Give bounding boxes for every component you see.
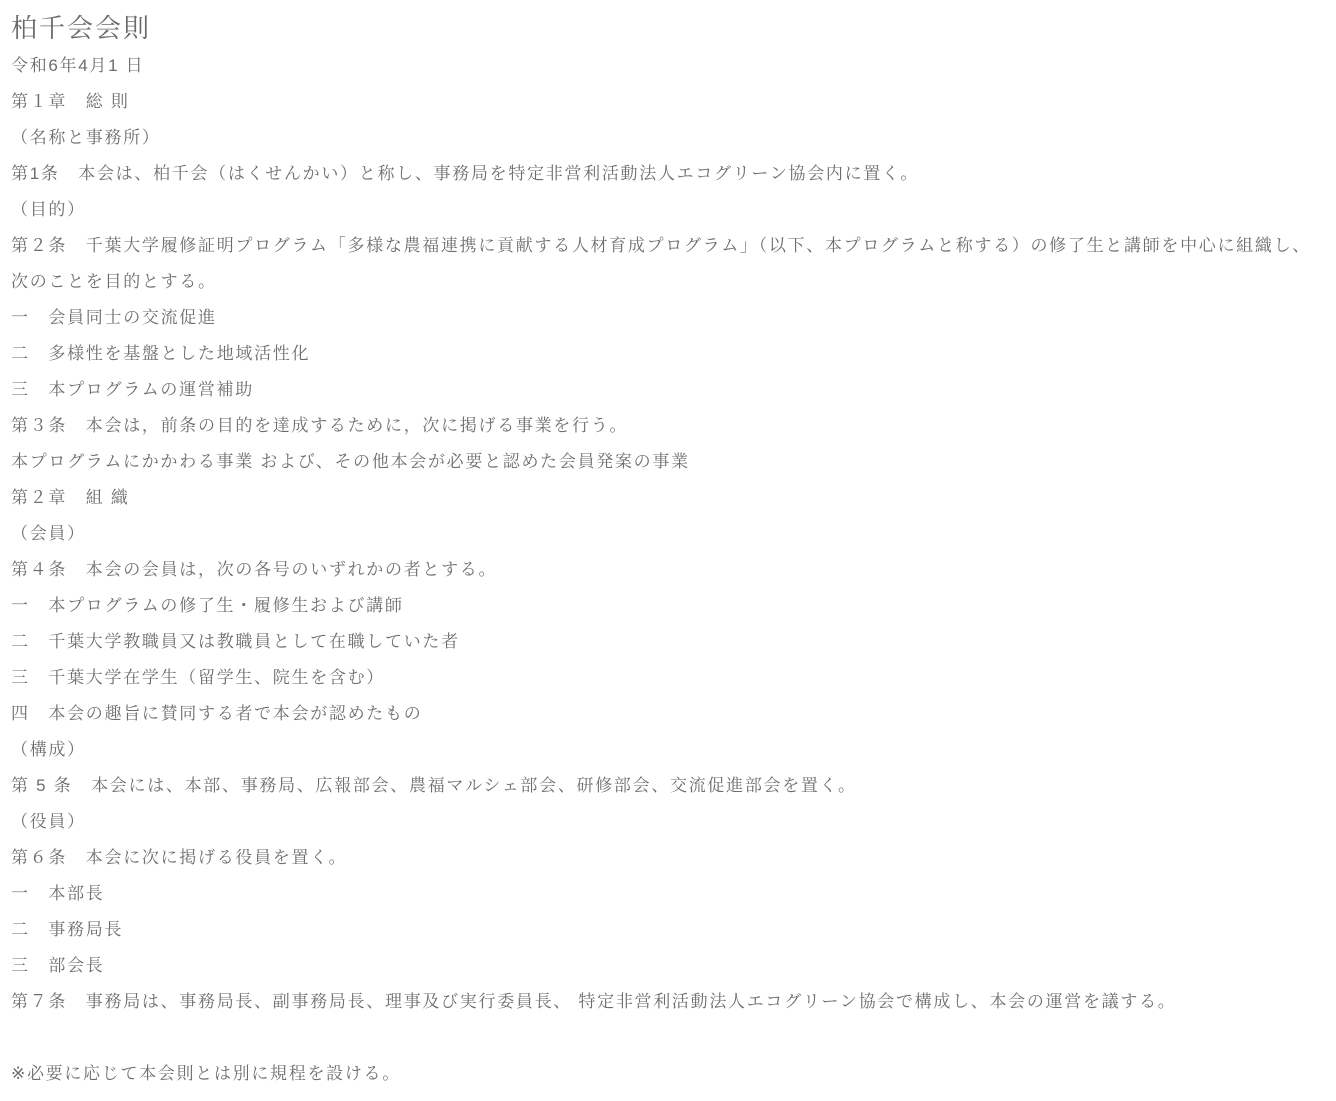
section-label-officers: （役員） <box>11 804 1328 840</box>
document-title: 柏千会会則 <box>11 8 1328 48</box>
chapter-2-heading: 第２章 組 織 <box>11 480 1328 516</box>
article-2: 第２条 千葉大学履修証明プログラム「多様な農福連携に貢献する人材育成プログラム」… <box>11 228 1328 264</box>
officer-item-1: 一 本部長 <box>11 876 1328 912</box>
article-7: 第７条 事務局は、事務局長、副事務局長、理事及び実行委員長、 特定非営利活動法人… <box>11 984 1328 1020</box>
chapter-1-heading: 第１章 総 則 <box>11 84 1328 120</box>
article-3-continued: 本プログラムにかかわる事業 および、その他本会が必要と認めた会員発案の事業 <box>11 444 1328 480</box>
member-item-1: 一 本プログラムの修了生・履修生および講師 <box>11 588 1328 624</box>
date-line: 令和6年4月1 日 <box>11 48 1328 84</box>
article-5: 第 5 条 本会には、本部、事務局、広報部会、農福マルシェ部会、研修部会、交流促… <box>11 768 1328 804</box>
section-label-name-office: （名称と事務所） <box>11 120 1328 156</box>
officer-item-3: 三 部会長 <box>11 948 1328 984</box>
member-item-3: 三 千葉大学在学生（留学生、院生を含む） <box>11 660 1328 696</box>
purpose-item-3: 三 本プログラムの運営補助 <box>11 372 1328 408</box>
purpose-item-2: 二 多様性を基盤とした地域活性化 <box>11 336 1328 372</box>
section-label-structure: （構成） <box>11 732 1328 768</box>
article-6: 第６条 本会に次に掲げる役員を置く。 <box>11 840 1328 876</box>
article-3: 第３条 本会は，前条の目的を達成するために，次に掲げる事業を行う。 <box>11 408 1328 444</box>
article-1: 第1条 本会は、柏千会（はくせんかい）と称し、事務局を特定非営利活動法人エコグリ… <box>11 156 1328 192</box>
section-label-members: （会員） <box>11 516 1328 552</box>
document-page: 柏千会会則 令和6年4月1 日 第１章 総 則 （名称と事務所） 第1条 本会は… <box>0 0 1336 1101</box>
blank-line <box>11 1020 1328 1056</box>
article-4: 第４条 本会の会員は，次の各号のいずれかの者とする。 <box>11 552 1328 588</box>
section-label-purpose: （目的） <box>11 192 1328 228</box>
article-2-continued: 次のことを目的とする。 <box>11 264 1328 300</box>
officer-item-2: 二 事務局長 <box>11 912 1328 948</box>
note-line: ※必要に応じて本会則とは別に規程を設ける。 <box>11 1056 1328 1092</box>
member-item-2: 二 千葉大学教職員又は教職員として在職していた者 <box>11 624 1328 660</box>
member-item-4: 四 本会の趣旨に賛同する者で本会が認めたもの <box>11 696 1328 732</box>
purpose-item-1: 一 会員同士の交流促進 <box>11 300 1328 336</box>
